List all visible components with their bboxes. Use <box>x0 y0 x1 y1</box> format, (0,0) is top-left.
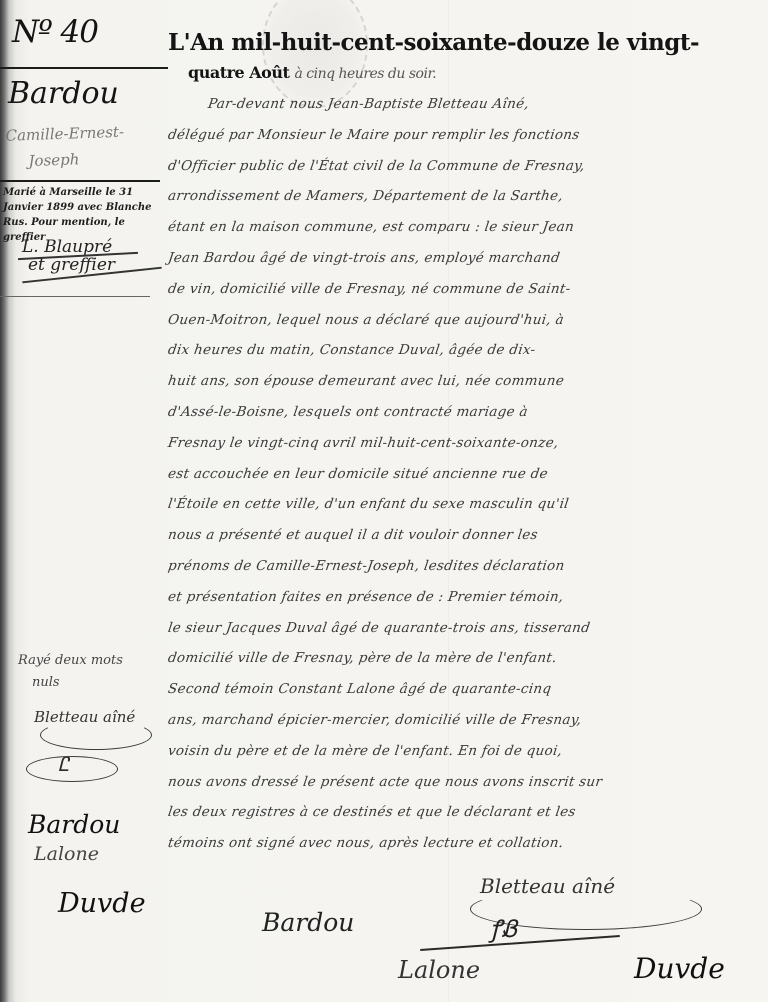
body-line: voisin du père et de la mère de l'enfant… <box>166 736 766 767</box>
body-line: les deux registres à ce destinés et que … <box>166 797 766 828</box>
body-line: étant en la maison commune, est comparu … <box>166 212 766 243</box>
signature-bardou: Bardou <box>262 908 354 937</box>
marriage-mention-note: Marié à Marseille le 31 Janvier 1899 ave… <box>3 185 168 245</box>
body-line: Par-devant nous Jean-Baptiste Bletteau A… <box>166 89 766 120</box>
margin-rule-note <box>0 180 160 182</box>
signature-lalone: Lalone <box>398 956 480 984</box>
acte-heading-line-2: quatre Août à cinq heures du soir. <box>168 58 764 89</box>
body-line: prénoms de Camille-Ernest-Joseph, lesdit… <box>166 551 766 582</box>
body-line: arrondissement de Mamers, Département de… <box>166 181 766 212</box>
body-line: ans, marchand épicier-mercier, domicilié… <box>166 705 766 736</box>
body-line: Jean Bardou âgé de vingt-trois ans, empl… <box>166 243 766 274</box>
body-line: Fresnay le vingt-cinq avril mil-huit-cen… <box>166 428 766 459</box>
body-line-text: de vin, domicilié ville de Fresnay, né c… <box>167 281 572 297</box>
body-line: dix heures du matin, Constance Duval, âg… <box>166 335 766 366</box>
margin-signature-lalone: Lalone <box>34 843 99 865</box>
body-line: l'Étoile en cette ville, d'un enfant du … <box>166 489 766 520</box>
signature-paraph: ꝭᏰ <box>490 912 517 945</box>
body-line: et présentation faites en présence de : … <box>166 582 766 613</box>
margin-column: Nº 40 Bardou Camille-Ernest- Joseph Mari… <box>0 0 168 1002</box>
deletion-approval-note: Rayé deux mots nuls <box>18 650 123 694</box>
approval-line: Rayé deux mots <box>18 650 123 672</box>
marriage-note-line: Janvier 1899 avec Blanche <box>3 200 168 215</box>
approval-line: nuls <box>18 672 123 694</box>
acte-number: Nº 40 <box>12 14 98 50</box>
margin-rule-bottom <box>0 296 150 297</box>
register-page: Nº 40 Bardou Camille-Ernest- Joseph Mari… <box>0 0 768 1002</box>
heading-time: à cinq heures du soir. <box>294 66 436 82</box>
marriage-note-line: Marié à Marseille le 31 <box>3 185 168 200</box>
acte-heading-line-1: L'An mil-huit-cent-soixante-douze le vin… <box>168 28 764 58</box>
body-line: de vin, domicilié ville de Fresnay, né c… <box>166 274 766 305</box>
body-line: le sieur Jacques Duval âgé de quarante-t… <box>166 613 766 644</box>
signature-flourish <box>40 720 152 750</box>
child-surname: Bardou <box>8 76 119 111</box>
margin-signature-bardou: Bardou <box>28 810 120 839</box>
acte-body: L'An mil-huit-cent-soixante-douze le vin… <box>168 28 764 859</box>
child-given-names: Camille-Ernest- Joseph <box>5 117 167 175</box>
body-line: nous avons dressé le présent acte que no… <box>166 767 766 798</box>
heading-date: quatre Août <box>188 63 289 82</box>
body-line: délégué par Monsieur le Maire pour rempl… <box>166 120 766 151</box>
body-line: nous a présenté et auquel il a dit voulo… <box>166 520 766 551</box>
body-line: Second témoin Constant Lalone âgé de qua… <box>166 674 766 705</box>
body-line: Ouen-Moitron, lequel nous a déclaré que … <box>166 305 766 336</box>
clerk-signature: L. Blaupré et greffier <box>22 238 115 274</box>
signature-duvde: Duvde <box>634 952 725 985</box>
body-line: est accouchée en leur domicile situé anc… <box>166 459 766 490</box>
body-line: d'Assé-le-Boisne, lesquels ont contracté… <box>166 397 766 428</box>
margin-rule-top <box>0 67 168 69</box>
body-line: huit ans, son épouse demeurant avec lui,… <box>166 366 766 397</box>
margin-signature-duvde: Duvde <box>58 888 146 919</box>
signature-stroke <box>420 935 620 951</box>
body-line: témoins ont signé avec nous, après lectu… <box>166 828 766 859</box>
given-names-line: Joseph <box>6 143 167 175</box>
paraph-flourish <box>26 756 118 782</box>
body-line: d'Officier public de l'État civil de la … <box>166 151 766 182</box>
body-line: domicilié ville de Fresnay, père de la m… <box>166 643 766 674</box>
